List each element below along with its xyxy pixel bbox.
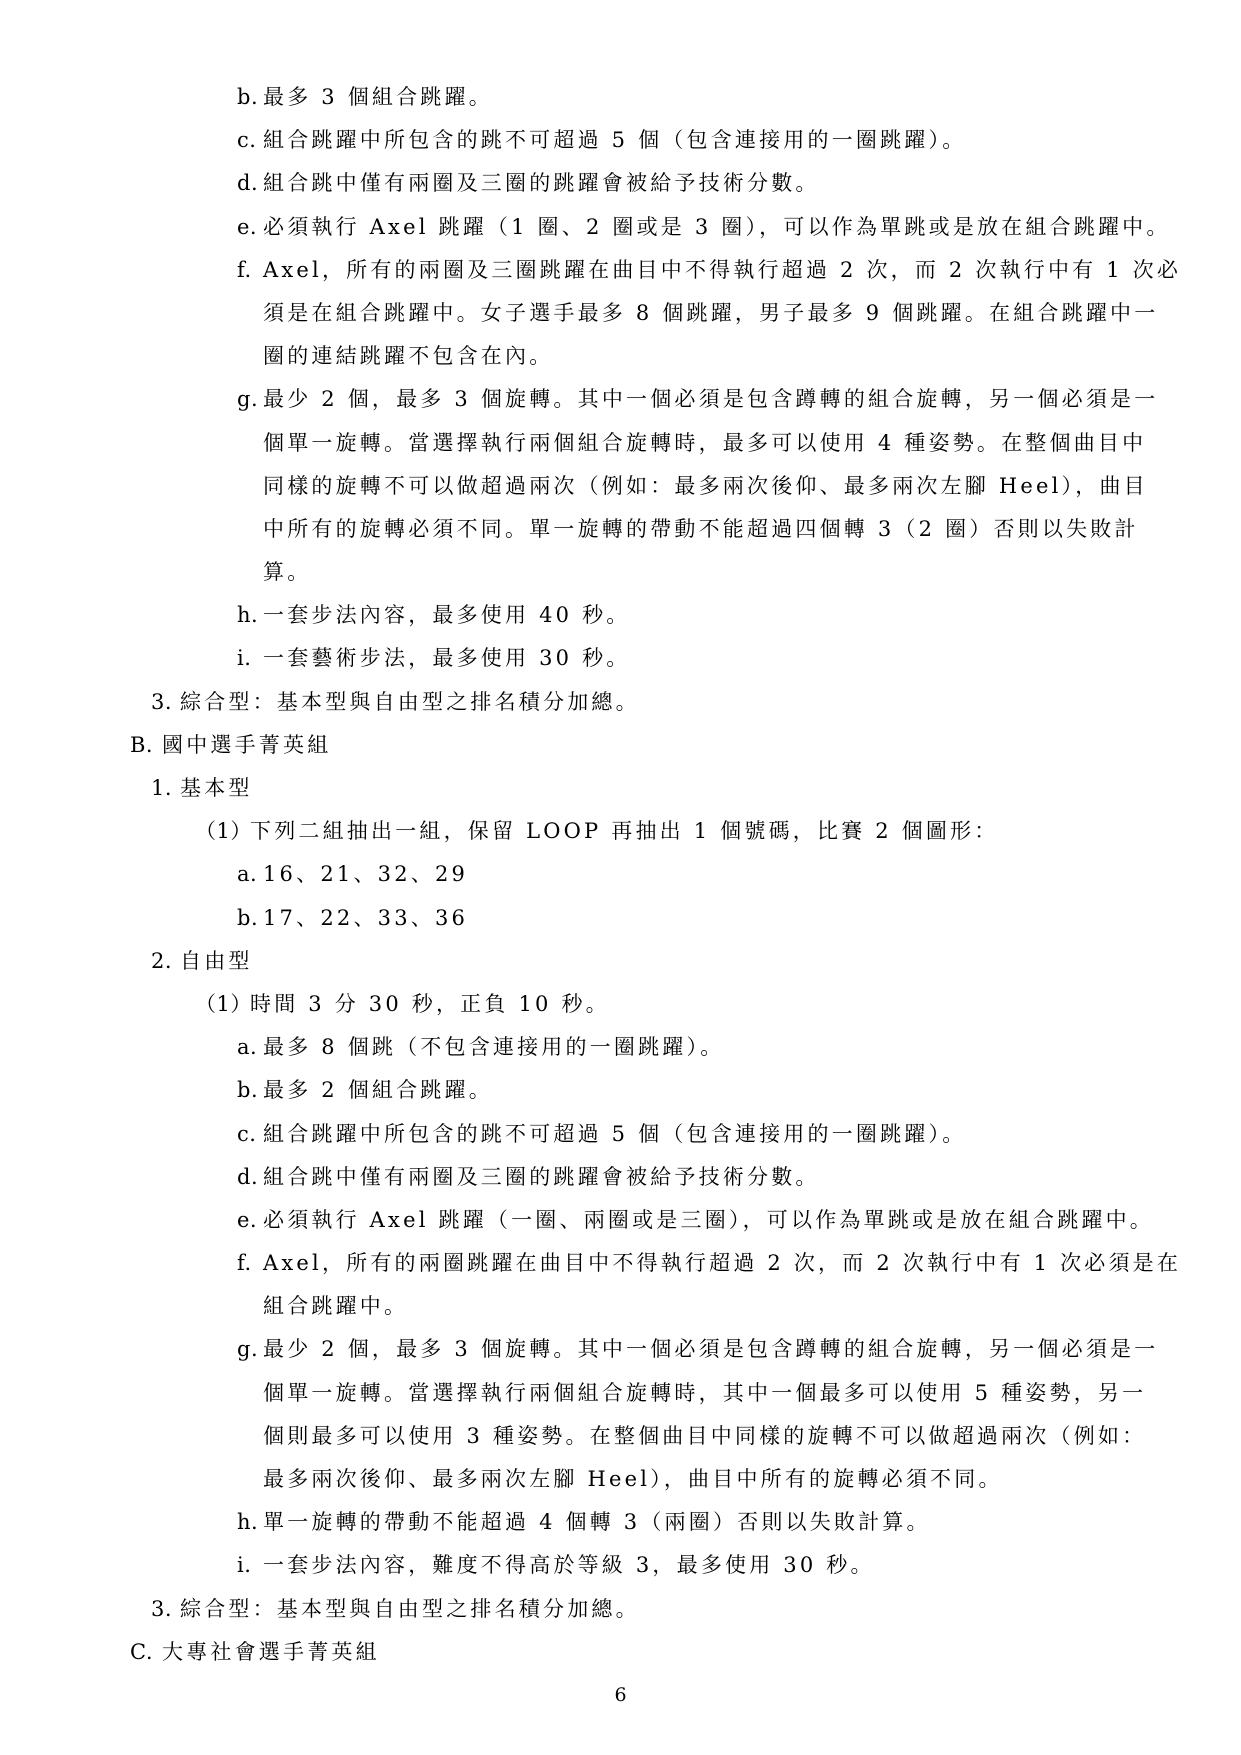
doc-line: b.最多 3 個組合跳躍。 — [0, 76, 1241, 119]
doc-line: B.國中選手菁英組 — [0, 724, 1241, 767]
doc-line: d.組合跳中僅有兩圈及三圈的跳躍會被給予技術分數。 — [0, 162, 1241, 205]
doc-line: 最多兩次後仰、最多兩次左腳 Heel），曲目中所有的旋轉必須不同。 — [0, 1458, 1241, 1501]
line-marker: h. — [237, 1501, 263, 1544]
line-text: 最多 3 個組合跳躍。 — [263, 85, 493, 109]
doc-line: b.最多 2 個組合跳躍。 — [0, 1069, 1241, 1112]
doc-line: 中所有的旋轉必須不同。單一旋轉的帶動不能超過四個轉 3（2 圈）否則以失敗計 — [0, 508, 1241, 551]
document-page: b.最多 3 個組合跳躍。c.組合跳躍中所包含的跳不可超過 5 個（包含連接用的… — [0, 0, 1241, 1755]
doc-line: d.組合跳中僅有兩圈及三圈的跳躍會被給予技術分數。 — [0, 1156, 1241, 1199]
doc-line: 須是在組合跳躍中。女子選手最多 8 個跳躍，男子最多 9 個跳躍。在組合跳躍中一 — [0, 292, 1241, 335]
line-text: 個單一旋轉。當選擇執行兩個組合旋轉時，其中一個最多可以使用 5 種姿勢，另一 — [263, 1381, 1146, 1405]
line-marker: 1. — [151, 767, 180, 810]
line-text: 最多 8 個跳（不包含連接用的一圈跳躍）。 — [263, 1035, 724, 1059]
doc-line: 同樣的旋轉不可以做超過兩次（例如：最多兩次後仰、最多兩次左腳 Heel），曲目 — [0, 465, 1241, 508]
doc-line: e.必須執行 Axel 跳躍（一圈、兩圈或是三圈），可以作為單跳或是放在組合跳躍… — [0, 1199, 1241, 1242]
line-marker: a. — [237, 1026, 263, 1069]
line-marker: 3. — [151, 1588, 180, 1631]
line-marker: （1） — [195, 983, 250, 1026]
page-number: 6 — [0, 1674, 1241, 1717]
doc-line: 3.綜合型：基本型與自由型之排名積分加總。 — [0, 681, 1241, 724]
doc-line: c.組合跳躍中所包含的跳不可超過 5 個（包含連接用的一圈跳躍）。 — [0, 1113, 1241, 1156]
document-body: b.最多 3 個組合跳躍。c.組合跳躍中所包含的跳不可超過 5 個（包含連接用的… — [0, 0, 1241, 1674]
line-marker: e. — [237, 206, 263, 249]
line-marker: f. — [237, 1242, 263, 1285]
line-text: 同樣的旋轉不可以做超過兩次（例如：最多兩次後仰、最多兩次左腳 Heel），曲目 — [263, 474, 1148, 498]
line-marker: 3. — [151, 681, 180, 724]
line-marker: b. — [237, 897, 263, 940]
line-text: 16、21、32、29 — [263, 862, 468, 886]
line-text: 17、22、33、36 — [263, 906, 468, 930]
doc-line: C.大專社會選手菁英組 — [0, 1631, 1241, 1674]
doc-line: a.最多 8 個跳（不包含連接用的一圈跳躍）。 — [0, 1026, 1241, 1069]
doc-line: a.16、21、32、29 — [0, 853, 1241, 896]
doc-line: b.17、22、33、36 — [0, 897, 1241, 940]
line-text: 一套步法內容，難度不得高於等級 3，最多使用 30 秒。 — [263, 1553, 875, 1577]
line-text: 必須執行 Axel 跳躍（一圈、兩圈或是三圈），可以作為單跳或是放在組合跳躍中。 — [263, 1208, 1154, 1232]
doc-line: （1）下列二組抽出一組，保留 LOOP 再抽出 1 個號碼，比賽 2 個圖形： — [0, 810, 1241, 853]
line-text: 必須執行 Axel 跳躍（1 圈、2 圈或是 3 圈），可以作為單跳或是放在組合… — [263, 215, 1171, 239]
line-text: 最少 2 個，最多 3 個旋轉。其中一個必須是包含蹲轉的組合旋轉，另一個必須是一 — [263, 387, 1158, 411]
doc-line: （1）時間 3 分 30 秒，正負 10 秒。 — [0, 983, 1241, 1026]
line-text: 組合跳中僅有兩圈及三圈的跳躍會被給予技術分數。 — [263, 1165, 820, 1189]
doc-line: f.Axel，所有的兩圈跳躍在曲目中不得執行超過 2 次，而 2 次執行中有 1… — [0, 1242, 1241, 1285]
line-text: 組合跳躍中所包含的跳不可超過 5 個（包含連接用的一圈跳躍）。 — [263, 1122, 966, 1146]
line-marker: f. — [237, 249, 263, 292]
doc-line: 個單一旋轉。當選擇執行兩個組合旋轉時，最多可以使用 4 種姿勢。在整個曲目中 — [0, 422, 1241, 465]
line-text: 須是在組合跳躍中。女子選手最多 8 個跳躍，男子最多 9 個跳躍。在組合跳躍中一 — [263, 301, 1158, 325]
line-text: 算。 — [263, 560, 311, 584]
line-marker: 2. — [151, 940, 180, 983]
line-marker: B. — [130, 724, 162, 767]
doc-line: e.必須執行 Axel 跳躍（1 圈、2 圈或是 3 圈），可以作為單跳或是放在… — [0, 206, 1241, 249]
line-marker: c. — [237, 119, 263, 162]
doc-line: 組合跳躍中。 — [0, 1285, 1241, 1328]
line-marker: h. — [237, 594, 263, 637]
line-marker: d. — [237, 162, 263, 205]
line-text: 國中選手菁英組 — [162, 733, 331, 757]
line-marker: b. — [237, 1069, 263, 1112]
line-marker: d. — [237, 1156, 263, 1199]
line-text: 最多兩次後仰、最多兩次左腳 Heel），曲目中所有的旋轉必須不同。 — [263, 1467, 1003, 1491]
doc-line: 個則最多可以使用 3 種姿勢。在整個曲目中同樣的旋轉不可以做超過兩次（例如： — [0, 1415, 1241, 1458]
line-text: 單一旋轉的帶動不能超過 4 個轉 3（兩圈）否則以失敗計算。 — [263, 1510, 931, 1534]
doc-line: i.一套步法內容，難度不得高於等級 3，最多使用 30 秒。 — [0, 1544, 1241, 1587]
line-marker: i. — [237, 1544, 263, 1587]
doc-line: 1.基本型 — [0, 767, 1241, 810]
line-marker: （1） — [195, 810, 250, 853]
line-text: Axel，所有的兩圈跳躍在曲目中不得執行超過 2 次，而 2 次執行中有 1 次… — [263, 1251, 1181, 1275]
line-text: 大專社會選手菁英組 — [162, 1640, 380, 1664]
doc-line: f.Axel，所有的兩圈及三圈跳躍在曲目中不得執行超過 2 次，而 2 次執行中… — [0, 249, 1241, 292]
doc-line: 算。 — [0, 551, 1241, 594]
line-text: 綜合型：基本型與自由型之排名積分加總。 — [180, 1597, 640, 1621]
line-text: 個則最多可以使用 3 種姿勢。在整個曲目中同樣的旋轉不可以做超過兩次（例如： — [263, 1424, 1146, 1448]
line-text: 組合跳中僅有兩圈及三圈的跳躍會被給予技術分數。 — [263, 171, 820, 195]
line-marker: C. — [130, 1631, 162, 1674]
doc-line: c.組合跳躍中所包含的跳不可超過 5 個（包含連接用的一圈跳躍）。 — [0, 119, 1241, 162]
line-text: 最多 2 個組合跳躍。 — [263, 1078, 493, 1102]
line-text: 組合跳躍中所包含的跳不可超過 5 個（包含連接用的一圈跳躍）。 — [263, 128, 966, 152]
line-text: 圈的連結跳躍不包含在內。 — [263, 344, 553, 368]
line-text: 自由型 — [180, 949, 253, 973]
line-text: 下列二組抽出一組，保留 LOOP 再抽出 1 個號碼，比賽 2 個圖形： — [250, 819, 998, 843]
line-marker: b. — [237, 76, 263, 119]
doc-line: g.最少 2 個，最多 3 個旋轉。其中一個必須是包含蹲轉的組合旋轉，另一個必須… — [0, 378, 1241, 421]
line-text: 一套步法內容，最多使用 40 秒。 — [263, 603, 630, 627]
doc-line: g.最少 2 個，最多 3 個旋轉。其中一個必須是包含蹲轉的組合旋轉，另一個必須… — [0, 1328, 1241, 1371]
line-text: Axel，所有的兩圈及三圈跳躍在曲目中不得執行超過 2 次，而 2 次執行中有 … — [263, 258, 1181, 282]
line-text: 最少 2 個，最多 3 個旋轉。其中一個必須是包含蹲轉的組合旋轉，另一個必須是一 — [263, 1337, 1158, 1361]
line-text: 基本型 — [180, 776, 253, 800]
doc-line: 個單一旋轉。當選擇執行兩個組合旋轉時，其中一個最多可以使用 5 種姿勢，另一 — [0, 1372, 1241, 1415]
line-text: 組合跳躍中。 — [263, 1294, 408, 1318]
line-text: 綜合型：基本型與自由型之排名積分加總。 — [180, 690, 640, 714]
line-marker: e. — [237, 1199, 263, 1242]
doc-line: h.一套步法內容，最多使用 40 秒。 — [0, 594, 1241, 637]
line-marker: g. — [237, 378, 263, 421]
doc-line: h.單一旋轉的帶動不能超過 4 個轉 3（兩圈）否則以失敗計算。 — [0, 1501, 1241, 1544]
line-text: 一套藝術步法，最多使用 30 秒。 — [263, 646, 630, 670]
doc-line: i.一套藝術步法，最多使用 30 秒。 — [0, 637, 1241, 680]
doc-line: 3.綜合型：基本型與自由型之排名積分加總。 — [0, 1588, 1241, 1631]
line-marker: a. — [237, 853, 263, 896]
line-text: 個單一旋轉。當選擇執行兩個組合旋轉時，最多可以使用 4 種姿勢。在整個曲目中 — [263, 431, 1146, 455]
line-marker: i. — [237, 637, 263, 680]
line-text: 中所有的旋轉必須不同。單一旋轉的帶動不能超過四個轉 3（2 圈）否則以失敗計 — [263, 517, 1139, 541]
line-marker: g. — [237, 1328, 263, 1371]
line-marker: c. — [237, 1113, 263, 1156]
doc-line: 2.自由型 — [0, 940, 1241, 983]
doc-line: 圈的連結跳躍不包含在內。 — [0, 335, 1241, 378]
line-text: 時間 3 分 30 秒，正負 10 秒。 — [250, 992, 610, 1016]
